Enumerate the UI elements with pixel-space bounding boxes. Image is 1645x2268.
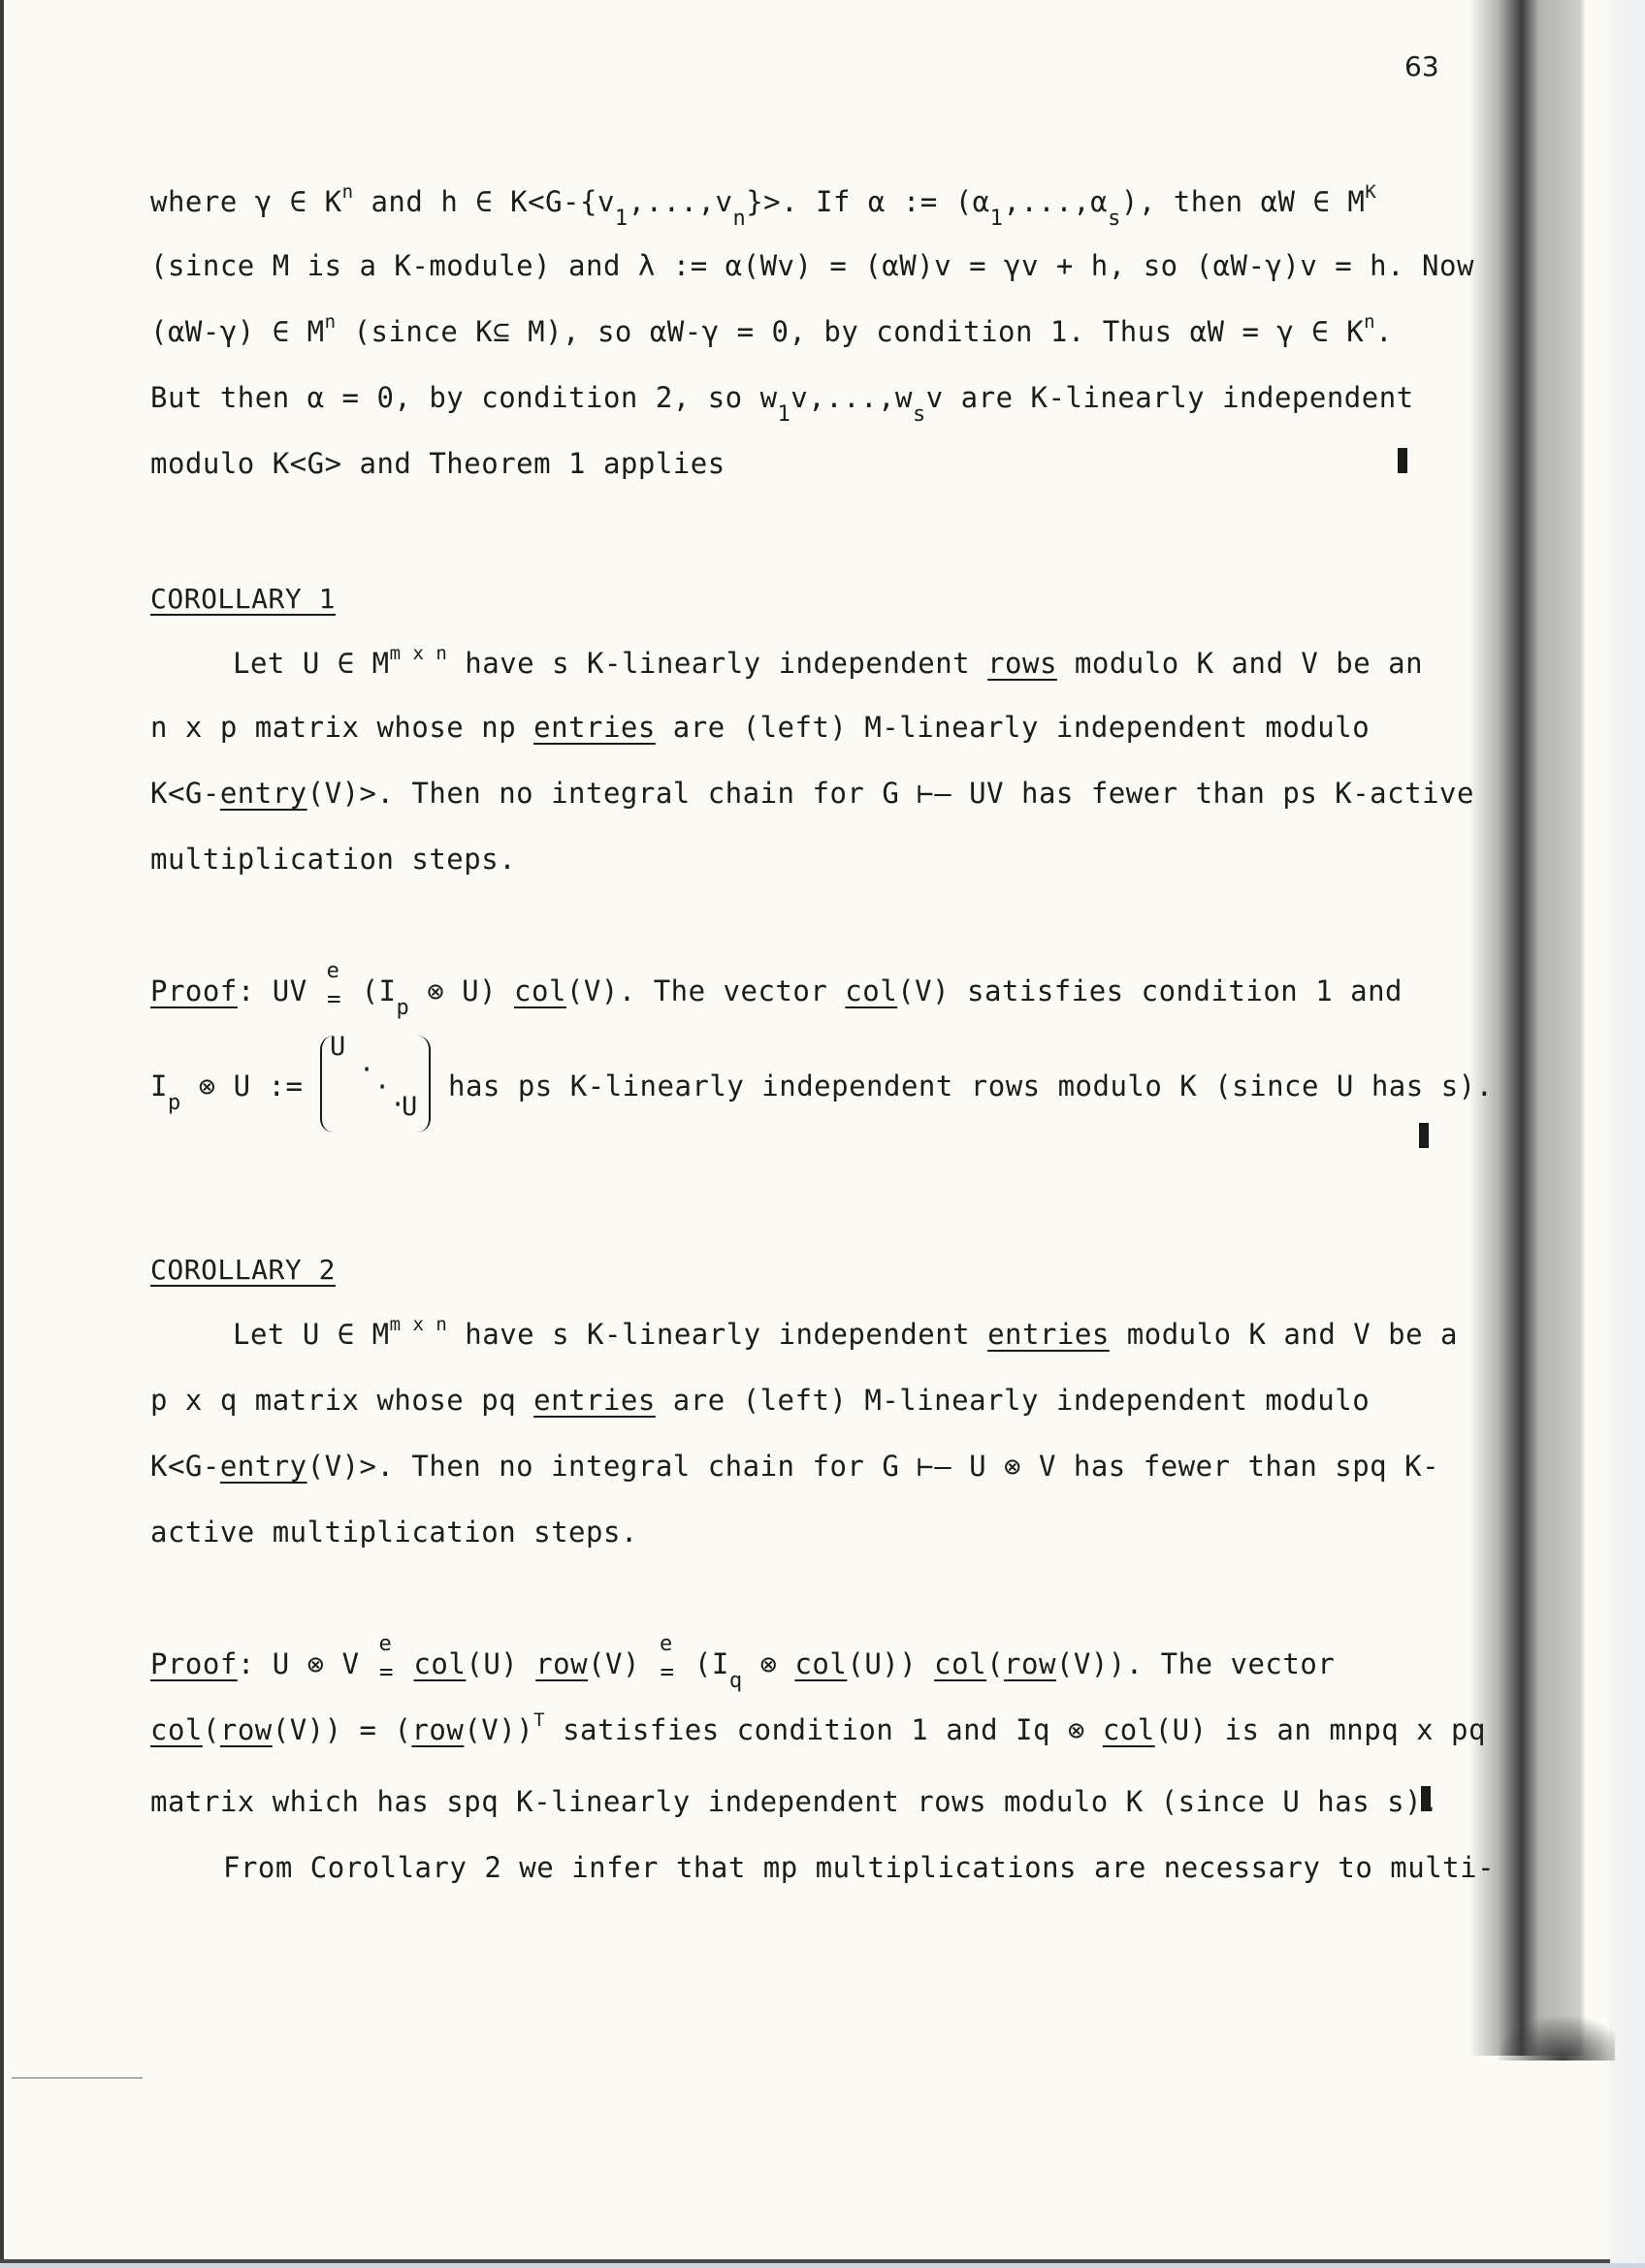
qed-mark [1421, 1786, 1431, 1811]
text-line: K<G-entry(V)>. Then no integral chain fo… [150, 1447, 1439, 1485]
page-edge-left [0, 0, 4, 2268]
proof-line: Proof: UV e= (Ip ⊗ U) col(V). The vector… [150, 972, 1403, 1012]
text-line: n x p matrix whose np entries are (left)… [150, 708, 1370, 747]
text-line: K<G-entry(V)>. Then no integral chain fo… [150, 774, 1474, 813]
qed-mark [1398, 448, 1407, 473]
text-line: where γ ∈ Kn and h ∈ K<G-{v1,...,vn}>. I… [150, 182, 1376, 221]
text-line: multiplication steps. [150, 840, 516, 878]
text-line: But then α = 0, by condition 2, so w1v,.… [150, 378, 1414, 417]
proof-line: Ip ⊗ U := [150, 1067, 303, 1105]
text-line: active multiplication steps. [150, 1513, 638, 1551]
scanned-page: 63 where γ ∈ Kn and h ∈ K<G-{v1,...,vn}>… [0, 0, 1645, 2268]
proof-line: matrix which has spq K-linearly independ… [150, 1782, 1439, 1821]
binding-shadow [1469, 0, 1586, 2056]
text-line: Let U ∈ Mm x n have s K-linearly indepen… [233, 644, 1423, 683]
binding-shadow-foot [1499, 2017, 1615, 2060]
scan-background-bottom [0, 2263, 1645, 2268]
corollary-2-heading: COROLLARY 2 [150, 1251, 336, 1290]
block-diagonal-matrix: U ··· U [320, 1036, 431, 1133]
corollary-1-heading: COROLLARY 1 [150, 580, 336, 619]
text-line: p x q matrix whose pq entries are (left)… [150, 1381, 1370, 1420]
closing-paragraph: From Corollary 2 we infer that mp multip… [223, 1848, 1495, 1887]
qed-mark [1419, 1123, 1429, 1148]
proof-line: has ps K-linearly independent rows modul… [448, 1067, 1494, 1105]
text-line: Let U ∈ Mm x n have s K-linearly indepen… [233, 1315, 1458, 1354]
scan-background-edge [1610, 0, 1645, 2268]
proof-label: Proof [150, 974, 238, 1007]
proof-label: Proof [150, 1647, 238, 1680]
text-line: (αW-γ) ∈ Mn (since K⊆ M), so αW-γ = 0, b… [150, 312, 1393, 351]
text-line: modulo K<G> and Theorem 1 applies [150, 444, 726, 483]
page-number: 63 [1404, 50, 1439, 82]
margin-rule [12, 2077, 143, 2079]
proof-line: col(row(V)) = (row(V))T satisfies condit… [150, 1710, 1486, 1749]
proof-line: Proof: U ⊗ V e= col(U) row(V) e= (Iq ⊗ c… [150, 1645, 1335, 1685]
text-line: (since M is a K-module) and λ := α(Wv) =… [150, 246, 1474, 285]
